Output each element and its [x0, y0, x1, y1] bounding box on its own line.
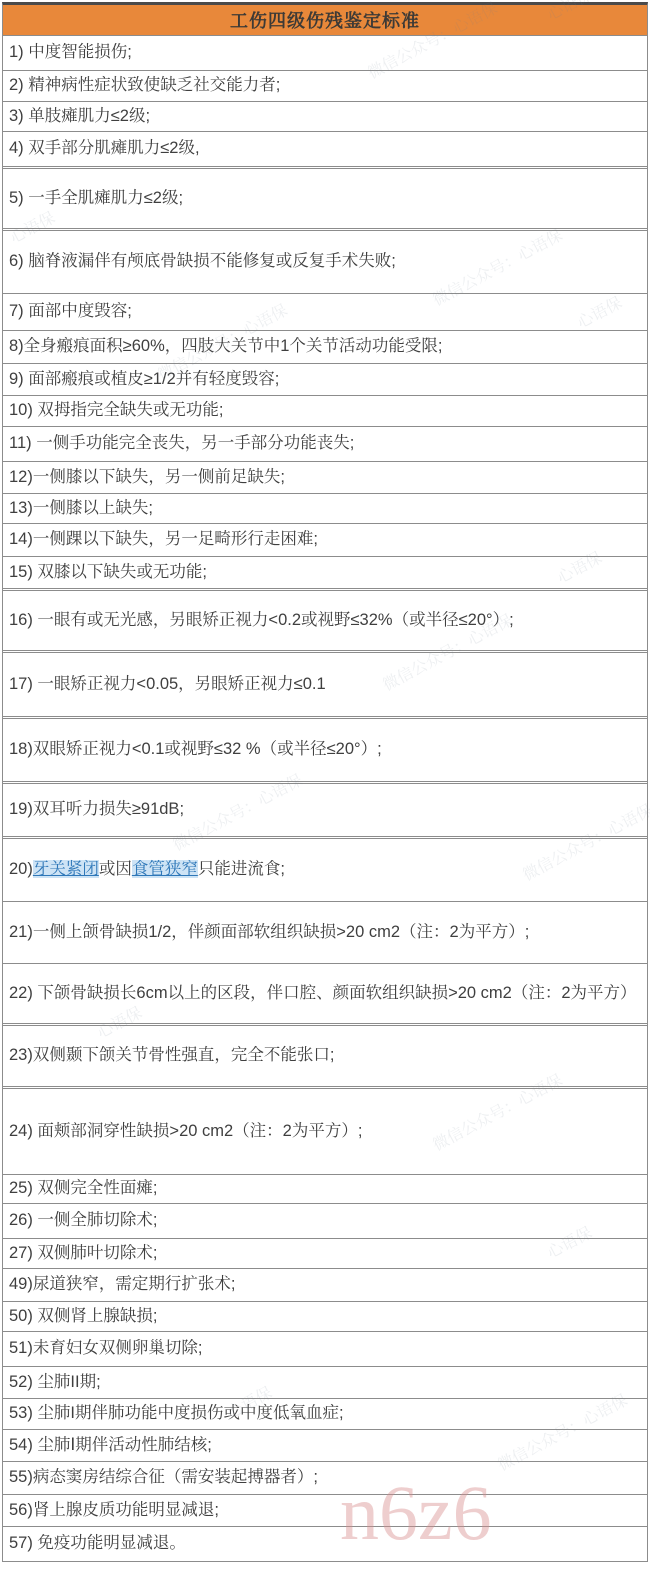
- table-row: 8)全身瘢痕面积≥60%，四肢大关节中1个关节活动功能受限;: [3, 330, 647, 363]
- row-text: 54) 尘肺Ⅰ期伴活动性肺结核;: [9, 1435, 212, 1457]
- row-text: 15) 双膝以下缺失或无功能;: [9, 562, 207, 584]
- row-text: 4) 双手部分肌瘫肌力≤2级,: [9, 138, 200, 160]
- row-text: 22) 下颌骨缺损长6cm以上的区段，伴口腔、颜面软组织缺损>20 cm2（注：…: [9, 983, 637, 1005]
- table-row: 3) 单肢瘫肌力≤2级;: [3, 101, 647, 131]
- table-row: 16) 一眼有或无光感，另眼矫正视力<0.2或视野≤32%（或半径≤20°）;: [3, 588, 647, 650]
- row-text: 27) 双侧肺叶切除术;: [9, 1243, 158, 1265]
- row-text: 23)双侧颞下颌关节骨性强直，完全不能张口;: [9, 1045, 334, 1067]
- table-header: 工伤四级伤残鉴定标准: [3, 5, 647, 36]
- table-row: 12)一侧膝以下缺失，另一侧前足缺失;: [3, 461, 647, 493]
- row-text: 2) 精神病性症状致使缺乏社交能力者;: [9, 75, 280, 97]
- page: 工伤四级伤残鉴定标准 1) 中度智能损伤;2) 精神病性症状致使缺乏社交能力者;…: [0, 0, 650, 1575]
- table-row: 24) 面颊部洞穿性缺损>20 cm2（注：2为平方）;: [3, 1086, 647, 1174]
- table-row: 26) 一侧全肺切除术;: [3, 1203, 647, 1238]
- table-row: 27) 双侧肺叶切除术;: [3, 1238, 647, 1268]
- row-text: 55)病态窦房结综合征（需安装起搏器者）;: [9, 1467, 318, 1489]
- table-row: 18)双眼矫正视力<0.1或视野≤32 %（或半径≤20°）;: [3, 716, 647, 781]
- table-row: 54) 尘肺Ⅰ期伴活动性肺结核;: [3, 1429, 647, 1461]
- row-text: 1) 中度智能损伤;: [9, 42, 132, 64]
- row-text: 6) 脑脊液漏伴有颅底骨缺损不能修复或反复手术失败;: [9, 251, 396, 273]
- row-text: 9) 面部瘢痕或植皮≥1/2并有轻度毁容;: [9, 369, 279, 391]
- inline-link[interactable]: 食管狭窄: [132, 860, 198, 878]
- table-row: 9) 面部瘢痕或植皮≥1/2并有轻度毁容;: [3, 363, 647, 395]
- row-text: 52) 尘肺II期;: [9, 1372, 101, 1394]
- table-row: 4) 双手部分肌瘫肌力≤2级,: [3, 131, 647, 166]
- row-text: 19)双耳听力损失≥91dB;: [9, 799, 184, 821]
- table-row: 15) 双膝以下缺失或无功能;: [3, 556, 647, 588]
- row-text: 11) 一侧手功能完全丧失，另一手部分功能丧失;: [9, 433, 354, 455]
- row-text: 53) 尘肺I期伴肺功能中度损伤或中度低氧血症;: [9, 1403, 344, 1425]
- table-row: 19)双耳听力损失≥91dB;: [3, 781, 647, 836]
- row-text: 56)肾上腺皮质功能明显减退;: [9, 1500, 219, 1522]
- row-text: 51)未育妇女双侧卵巢切除;: [9, 1338, 202, 1360]
- row-text-segment: 20): [9, 860, 33, 878]
- inline-link[interactable]: 牙关紧闭: [33, 860, 99, 878]
- table-row: 50) 双侧肾上腺缺损;: [3, 1301, 647, 1331]
- row-text-segment: 或因: [99, 860, 132, 878]
- row-text: 5) 一手全肌瘫肌力≤2级;: [9, 188, 183, 210]
- table-row: 53) 尘肺I期伴肺功能中度损伤或中度低氧血症;: [3, 1398, 647, 1429]
- table-row: 56)肾上腺皮质功能明显减退;: [3, 1494, 647, 1526]
- row-text: 50) 双侧肾上腺缺损;: [9, 1306, 158, 1328]
- row-text: 17) 一眼矫正视力<0.05，另眼矫正视力≤0.1: [9, 674, 326, 696]
- table-row: 21)一侧上颌骨缺损1/2，伴颜面部软组织缺损>20 cm2（注：2为平方）;: [3, 901, 647, 963]
- row-text: 20)牙关紧闭或因食管狭窄只能进流食;: [9, 859, 285, 881]
- row-text: 24) 面颊部洞穿性缺损>20 cm2（注：2为平方）;: [9, 1121, 362, 1143]
- row-text: 49)尿道狭窄，需定期行扩张术;: [9, 1274, 235, 1296]
- row-text: 8)全身瘢痕面积≥60%，四肢大关节中1个关节活动功能受限;: [9, 336, 443, 358]
- row-text: 10) 双拇指完全缺失或无功能;: [9, 400, 224, 422]
- row-text: 13)一侧膝以上缺失;: [9, 498, 153, 520]
- row-text: 18)双眼矫正视力<0.1或视野≤32 %（或半径≤20°）;: [9, 739, 382, 761]
- row-text: 12)一侧膝以下缺失，另一侧前足缺失;: [9, 467, 285, 489]
- table-row: 20)牙关紧闭或因食管狭窄只能进流食;: [3, 836, 647, 901]
- table-row: 2) 精神病性症状致使缺乏社交能力者;: [3, 70, 647, 101]
- table-row: 52) 尘肺II期;: [3, 1366, 647, 1398]
- table-row: 5) 一手全肌瘫肌力≤2级;: [3, 166, 647, 228]
- table-row: 51)未育妇女双侧卵巢切除;: [3, 1331, 647, 1366]
- table-row: 1) 中度智能损伤;: [3, 36, 647, 70]
- row-text-segment: 只能进流食;: [198, 860, 285, 878]
- row-text: 21)一侧上颌骨缺损1/2，伴颜面部软组织缺损>20 cm2（注：2为平方）;: [9, 922, 529, 944]
- row-text: 3) 单肢瘫肌力≤2级;: [9, 106, 150, 128]
- table-row: 57) 免疫功能明显减退。: [3, 1526, 647, 1561]
- row-text: 25) 双侧完全性面瘫;: [9, 1178, 158, 1200]
- table-row: 22) 下颌骨缺损长6cm以上的区段，伴口腔、颜面软组织缺损>20 cm2（注：…: [3, 963, 647, 1023]
- table-row: 13)一侧膝以上缺失;: [3, 493, 647, 523]
- table-row: 49)尿道狭窄，需定期行扩张术;: [3, 1268, 647, 1301]
- row-text: 16) 一眼有或无光感，另眼矫正视力<0.2或视野≤32%（或半径≤20°）;: [9, 610, 514, 632]
- table-row: 11) 一侧手功能完全丧失，另一手部分功能丧失;: [3, 426, 647, 461]
- table-row: 17) 一眼矫正视力<0.05，另眼矫正视力≤0.1: [3, 650, 647, 716]
- table-body: 1) 中度智能损伤;2) 精神病性症状致使缺乏社交能力者;3) 单肢瘫肌力≤2级…: [3, 36, 647, 1561]
- table-row: 10) 双拇指完全缺失或无功能;: [3, 395, 647, 426]
- table-row: 14)一侧踝以下缺失，另一足畸形行走困难;: [3, 523, 647, 556]
- table-row: 23)双侧颞下颌关节骨性强直，完全不能张口;: [3, 1023, 647, 1086]
- table-row: 6) 脑脊液漏伴有颅底骨缺损不能修复或反复手术失败;: [3, 228, 647, 293]
- table-row: 7) 面部中度毁容;: [3, 293, 647, 330]
- table-row: 25) 双侧完全性面瘫;: [3, 1174, 647, 1203]
- row-text: 7) 面部中度毁容;: [9, 301, 132, 323]
- row-text: 57) 免疫功能明显减退。: [9, 1533, 186, 1555]
- table-row: 55)病态窦房结综合征（需安装起搏器者）;: [3, 1461, 647, 1494]
- row-text: 26) 一侧全肺切除术;: [9, 1210, 158, 1232]
- table-title: 工伤四级伤残鉴定标准: [230, 7, 420, 33]
- row-text: 14)一侧踝以下缺失，另一足畸形行走困难;: [9, 529, 318, 551]
- standards-table: 工伤四级伤残鉴定标准 1) 中度智能损伤;2) 精神病性症状致使缺乏社交能力者;…: [2, 2, 648, 1562]
